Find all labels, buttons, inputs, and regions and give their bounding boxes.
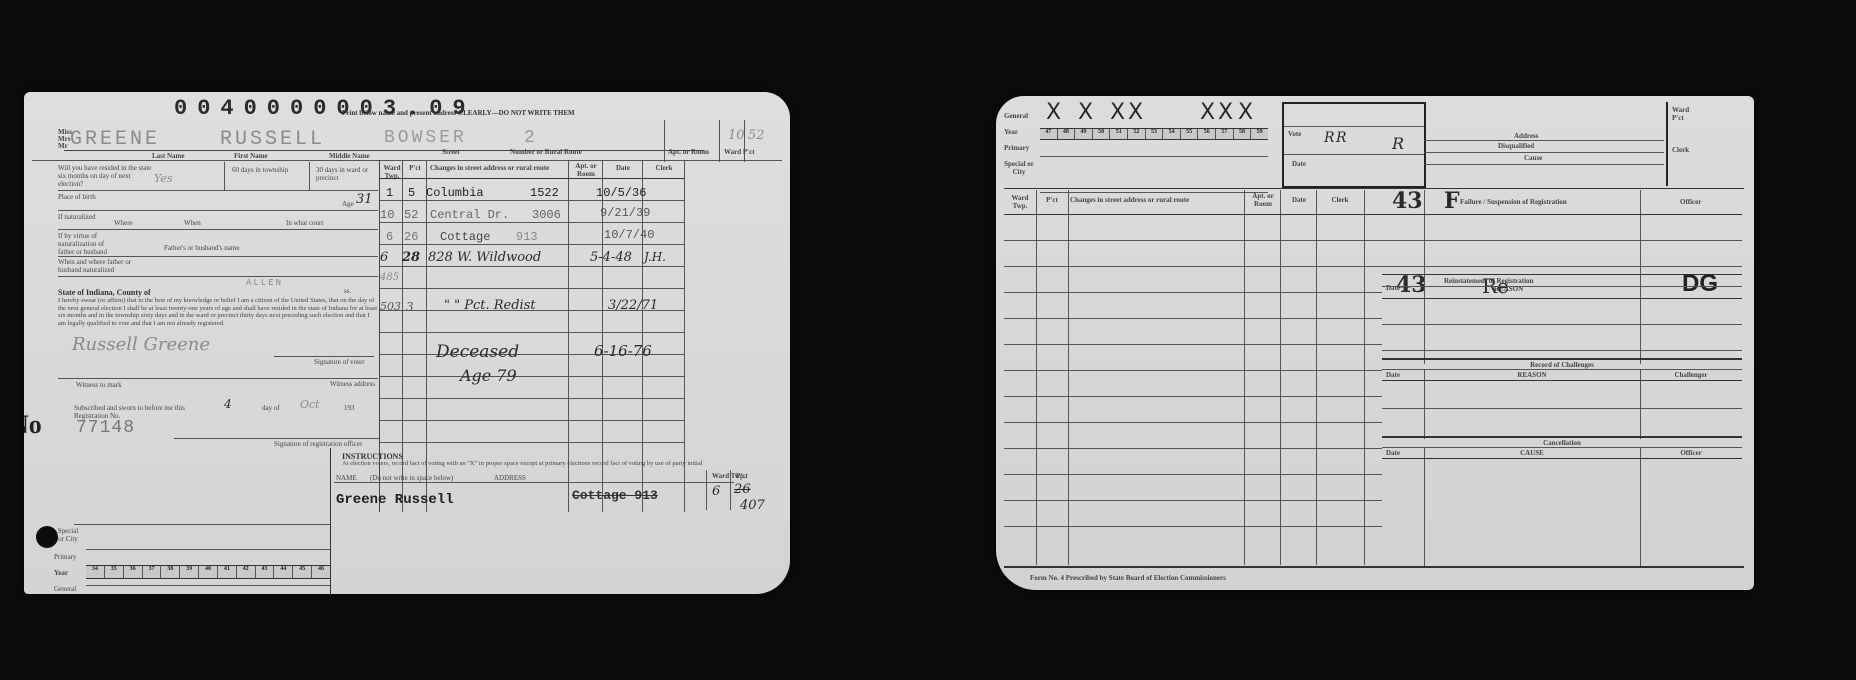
subscribed-text: Subscribed and sworn to before me this (74, 404, 185, 412)
cancellation-heading: Cancellation (1382, 439, 1742, 447)
year-cell: 37 (143, 566, 162, 578)
form-footer: Form No. 4 Prescribed by State Board of … (1030, 574, 1226, 582)
subscribed-month: Oct (300, 398, 320, 411)
label-father-name: Father's or husband's name (164, 244, 239, 252)
first-name-value: RUSSELL (220, 128, 325, 151)
oath-heading: State of Indiana, County of (58, 288, 151, 297)
reinstatement-officer: DG (1682, 270, 1718, 298)
suspension-officer-label: Officer (1680, 198, 1701, 206)
vote-x-mark: X (1200, 100, 1215, 125)
label-witness-mark: Witness to mark (76, 381, 122, 389)
label-number-route: Number or Rural Route (510, 148, 582, 156)
disqualified-header: Address Disqualified Cause (1424, 106, 1664, 186)
row-pct: 28 (402, 250, 420, 265)
label-place-of-birth: Place of birth (58, 193, 98, 201)
challenges-col-reason: REASON (1424, 371, 1640, 379)
street-value: BOWSER (384, 128, 467, 148)
year-cell: 51 (1110, 129, 1128, 139)
row-pct: 52 (404, 208, 418, 222)
year-cell: 54 (1163, 129, 1181, 139)
oath-text: I hereby swear (or affirm) that to the b… (58, 297, 378, 327)
oath-ss: ss. (344, 287, 351, 295)
label-where: Where (114, 219, 133, 227)
col-header-clerk: Clerk (1320, 196, 1360, 204)
col-header-pct: P'ct (1038, 196, 1066, 204)
row-date: 6-16-76 (594, 342, 652, 360)
boxed-vote-grid: Vote Date R R R (1282, 102, 1426, 188)
stub-pct-label: P'ct (736, 472, 748, 480)
salutation-mr: Mr (58, 142, 68, 150)
grid-label-general: General (1004, 112, 1028, 120)
col-header-apt: Apt. or Room (570, 162, 602, 178)
primary-mark: R (1324, 130, 1335, 146)
year-cell: 34 (86, 566, 105, 578)
q-ward: 30 days in ward or precinct (316, 166, 376, 182)
subscribed-year: 193 (344, 404, 355, 412)
voter-signature: Russell Greene (72, 334, 210, 355)
suspension-reason: F (1444, 188, 1460, 214)
last-name-value: GREENE (70, 128, 160, 151)
label-father-naturalized: When and where father or husband natural… (58, 258, 148, 274)
label-first-name: First Name (234, 152, 268, 160)
suspension-heading: Failure / Suspension of Registration (1460, 198, 1567, 206)
label-what-court: In what court (286, 219, 323, 227)
row-address: Deceased (436, 342, 519, 362)
row-address: Age 79 (460, 366, 517, 385)
year-cell: 46 (312, 566, 330, 578)
grid-label-special: Special or City (54, 527, 82, 543)
age-value: 31 (356, 192, 373, 207)
subscribed-day-label: day of (262, 404, 280, 412)
row-pct: 3 (406, 300, 414, 314)
registration-prefix: No (24, 410, 42, 440)
label-middle-name: Middle Name (329, 152, 370, 160)
challenges-section: Record of Challenges Date REASON Challen… (1382, 358, 1742, 438)
label-vote: Vote (1288, 130, 1301, 138)
year-cell: 47 (1040, 129, 1058, 139)
year-cell: 38 (161, 566, 180, 578)
year-cell: 53 (1146, 129, 1164, 139)
year-cell: 49 (1075, 129, 1093, 139)
year-cell: 48 (1058, 129, 1076, 139)
reinstatement-date: 43 (1396, 272, 1427, 298)
row-pct: 5 (408, 186, 415, 200)
oath-county: ALLEN (246, 278, 283, 288)
primary-mark: R (1392, 134, 1404, 153)
label-cause: Cause (1524, 154, 1542, 162)
row-date: 10/5/36 (596, 186, 646, 200)
row-date: 5-4-48 (590, 250, 632, 265)
col-header-changes: Changes in street address or rural route (1070, 196, 1220, 204)
year-cell: 41 (218, 566, 237, 578)
col-header-pct: P'ct (404, 164, 426, 172)
label-address: Address (1514, 132, 1538, 140)
row-number: 1522 (530, 186, 559, 200)
challenges-col-date: Date (1386, 371, 1400, 379)
year-cell: 36 (124, 566, 143, 578)
vote-x-mark: X (1078, 100, 1093, 125)
label-witness-address: Witness address (330, 380, 375, 388)
vote-x-mark: X (1128, 100, 1143, 125)
year-row: 47 48 49 50 51 52 53 54 55 56 57 58 59 (1040, 128, 1268, 140)
cancellation-col-date: Date (1386, 449, 1400, 457)
year-cell: 57 (1216, 129, 1234, 139)
cancellation-col-cause: CAUSE (1424, 449, 1640, 457)
row-date: 9/21/39 (600, 206, 650, 220)
year-cell: 39 (180, 566, 199, 578)
label-street: Street (442, 148, 460, 156)
row-number: 3006 (532, 208, 561, 222)
stub-ward-value: 6 (712, 484, 720, 499)
year-row: 34 35 36 37 38 39 40 41 42 43 44 45 46 (86, 565, 330, 579)
label-virtue-naturalization: If by virtue of naturalization of father… (58, 232, 118, 256)
grid-label-general: General (54, 585, 76, 593)
instructions-text: At election voters, record fact of votin… (342, 460, 782, 468)
year-cell: 40 (199, 566, 218, 578)
registration-number: 77148 (76, 418, 135, 438)
stub-name-value: Greene Russell (336, 492, 454, 508)
label-date: Date (1292, 160, 1306, 168)
label-registration-officer: Signature of registration officer (274, 440, 362, 448)
year-cell: 42 (237, 566, 256, 578)
row-date: 3/22/71 (608, 298, 658, 313)
row-pct: 26 (404, 230, 418, 244)
challenges-col-challenger: Challenger (1640, 371, 1742, 379)
suspension-date: 43 (1392, 188, 1423, 214)
label-last-name: Last Name (152, 152, 184, 160)
year-cell: 50 (1093, 129, 1111, 139)
row-ward: 503 (380, 300, 401, 313)
col-header-clerk: Clerk (644, 164, 684, 172)
label-when: When (184, 219, 201, 227)
grid-label-special: Special or City (1004, 160, 1034, 176)
number-value: 2 (524, 128, 535, 148)
grid-label-year: Year (54, 569, 68, 577)
voting-grid-top: General Year Primary Special or City 47 … (1004, 106, 1274, 196)
precinct-value: 52 (748, 128, 765, 143)
header-instruction: Print below name and present address CLE… (342, 109, 575, 118)
stub-ward-note: 407 (740, 498, 765, 513)
year-cell: 45 (293, 566, 312, 578)
cancellation-col-officer: Officer (1640, 449, 1742, 457)
vote-x-mark: X (1218, 100, 1233, 125)
cancellation-section: Cancellation Date CAUSE Officer (1382, 436, 1742, 566)
row-number: 913 (516, 230, 538, 244)
grid-label-year: Year (1004, 128, 1018, 136)
stub-pct-value: 26 (734, 482, 751, 497)
year-cell: 43 (256, 566, 275, 578)
row-ward: 1 (386, 186, 393, 200)
col-header-ward: Ward Twp. (1006, 194, 1034, 210)
year-cell: 58 (1234, 129, 1252, 139)
row-ward: 6 (386, 230, 393, 244)
stub-address-label: ADDRESS (494, 474, 526, 482)
year-cell: 52 (1128, 129, 1146, 139)
row-date: 10/7/40 (604, 228, 654, 242)
voting-grid: Special or City Primary Year General 34 … (74, 524, 330, 594)
label-signature-voter: Signature of voter (314, 358, 365, 366)
label-ward-pct: Ward P'ct (724, 148, 755, 156)
registration-card-back: General Year Primary Special or City 47 … (996, 96, 1754, 590)
row-ward: 10 (380, 208, 394, 222)
label-ward-pct: Ward P'ct (1672, 106, 1690, 122)
state-residency-answer: Yes (154, 172, 172, 185)
year-cell: 35 (105, 566, 124, 578)
label-if-naturalized: If naturalized (58, 213, 96, 221)
col-header-date: Date (604, 164, 642, 172)
row-address: Cottage (440, 230, 490, 244)
col-header-changes: Changes in street address or rural route (430, 164, 568, 172)
stub-do-not-write: (Do not write in space below) (370, 474, 453, 482)
row-ward: 485 (380, 272, 399, 283)
row-address: 828 W. Wildwood (428, 250, 541, 265)
label-age: Age (342, 200, 354, 208)
row-address: " " Pct. Redist (444, 298, 536, 313)
stub-name-label: NAME (336, 474, 357, 482)
q-state-residency: Will you have resided in the state six m… (58, 164, 153, 188)
vote-x-mark: X (1046, 100, 1061, 125)
subscribed-day: 4 (224, 397, 232, 411)
col-header-date: Date (1284, 196, 1314, 204)
year-cell: 56 (1198, 129, 1216, 139)
ward-value: 10 (728, 128, 745, 143)
grid-label-primary: Primary (54, 553, 77, 561)
vote-x-mark: X (1238, 100, 1253, 125)
label-clerk: Clerk (1672, 146, 1689, 154)
year-cell: 59 (1251, 129, 1268, 139)
row-address: Central Dr. (430, 208, 509, 222)
stub-address-value: Cottage 913 (572, 488, 658, 503)
label-disqualified: Disqualified (1498, 142, 1534, 150)
primary-mark: R (1336, 130, 1347, 146)
label-apt-room: Apt. or Room (668, 148, 709, 156)
grid-label-primary: Primary (1004, 144, 1029, 152)
vote-x-mark: X (1110, 100, 1125, 125)
year-cell: 44 (274, 566, 293, 578)
q-township: 60 days in township (232, 166, 292, 174)
row-ward: 6 (380, 250, 388, 265)
reinstatement-section: Date 43 Reinstatement of Registration RE… (1382, 274, 1742, 364)
year-cell: 55 (1181, 129, 1199, 139)
changes-table-back: Ward Twp. P'ct Changes in street address… (1004, 190, 1382, 565)
row-clerk: J.H. (644, 250, 666, 264)
challenges-heading: Record of Challenges (1382, 361, 1742, 369)
row-address: Columbia (426, 186, 484, 200)
col-header-apt: Apt. or Room (1248, 192, 1278, 208)
registration-card-front: 0040000003.09 Print below name and prese… (24, 92, 790, 594)
